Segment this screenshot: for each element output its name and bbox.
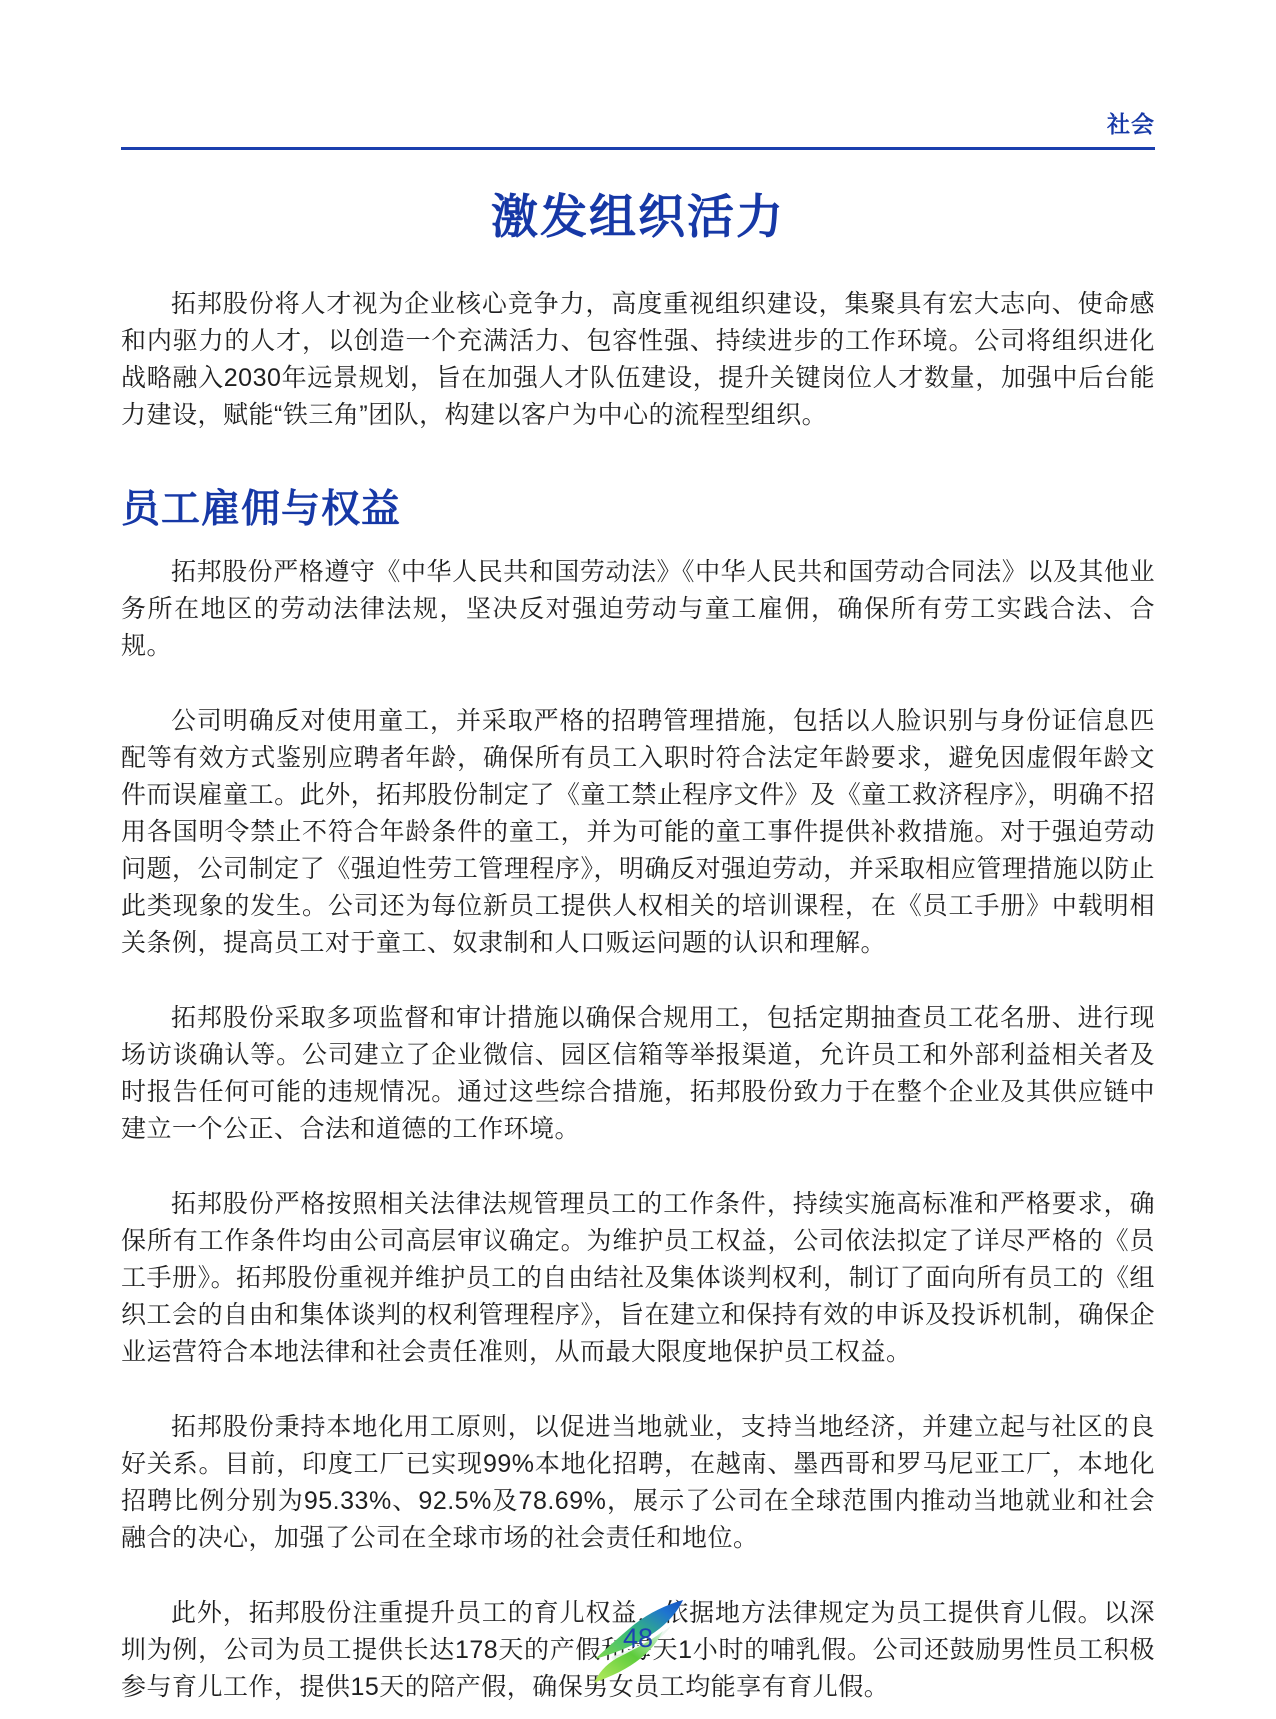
paragraph-child-labor-forced-labor: 公司明确反对使用童工，并采取严格的招聘管理措施，包括以人脸识别与身份证信息匹配等… <box>121 703 1155 962</box>
page-header: 社会 <box>121 0 1155 150</box>
intro-paragraph: 拓邦股份将人才视为企业核心竞争力，高度重视组织建设，集聚具有宏大志向、使命感和内… <box>121 286 1155 434</box>
header-divider <box>121 147 1155 150</box>
footer-leaf: 48 <box>589 1597 687 1685</box>
section-heading-employment-rights: 员工雇佣与权益 <box>121 486 1155 534</box>
page-title: 激发组织活力 <box>121 188 1155 246</box>
section-label: 社会 <box>121 110 1155 138</box>
page-number: 48 <box>623 1625 653 1652</box>
paragraph-labor-law-compliance: 拓邦股份严格遵守《中华人民共和国劳动法》《中华人民共和国劳动合同法》以及其他业务… <box>121 554 1155 665</box>
paragraph-working-conditions-union: 拓邦股份严格按照相关法律法规管理员工的工作条件，持续实施高标准和严格要求，确保所… <box>121 1186 1155 1371</box>
report-page: 社会 激发组织活力 拓邦股份将人才视为企业核心竞争力，高度重视组织建设，集聚具有… <box>0 0 1276 1719</box>
paragraph-audit-whistleblowing: 拓邦股份采取多项监督和审计措施以确保合规用工，包括定期抽查员工花名册、进行现场访… <box>121 1000 1155 1148</box>
paragraph-localized-hiring: 拓邦股份秉持本地化用工原则，以促进当地就业，支持当地经济，并建立起与社区的良好关… <box>121 1409 1155 1557</box>
